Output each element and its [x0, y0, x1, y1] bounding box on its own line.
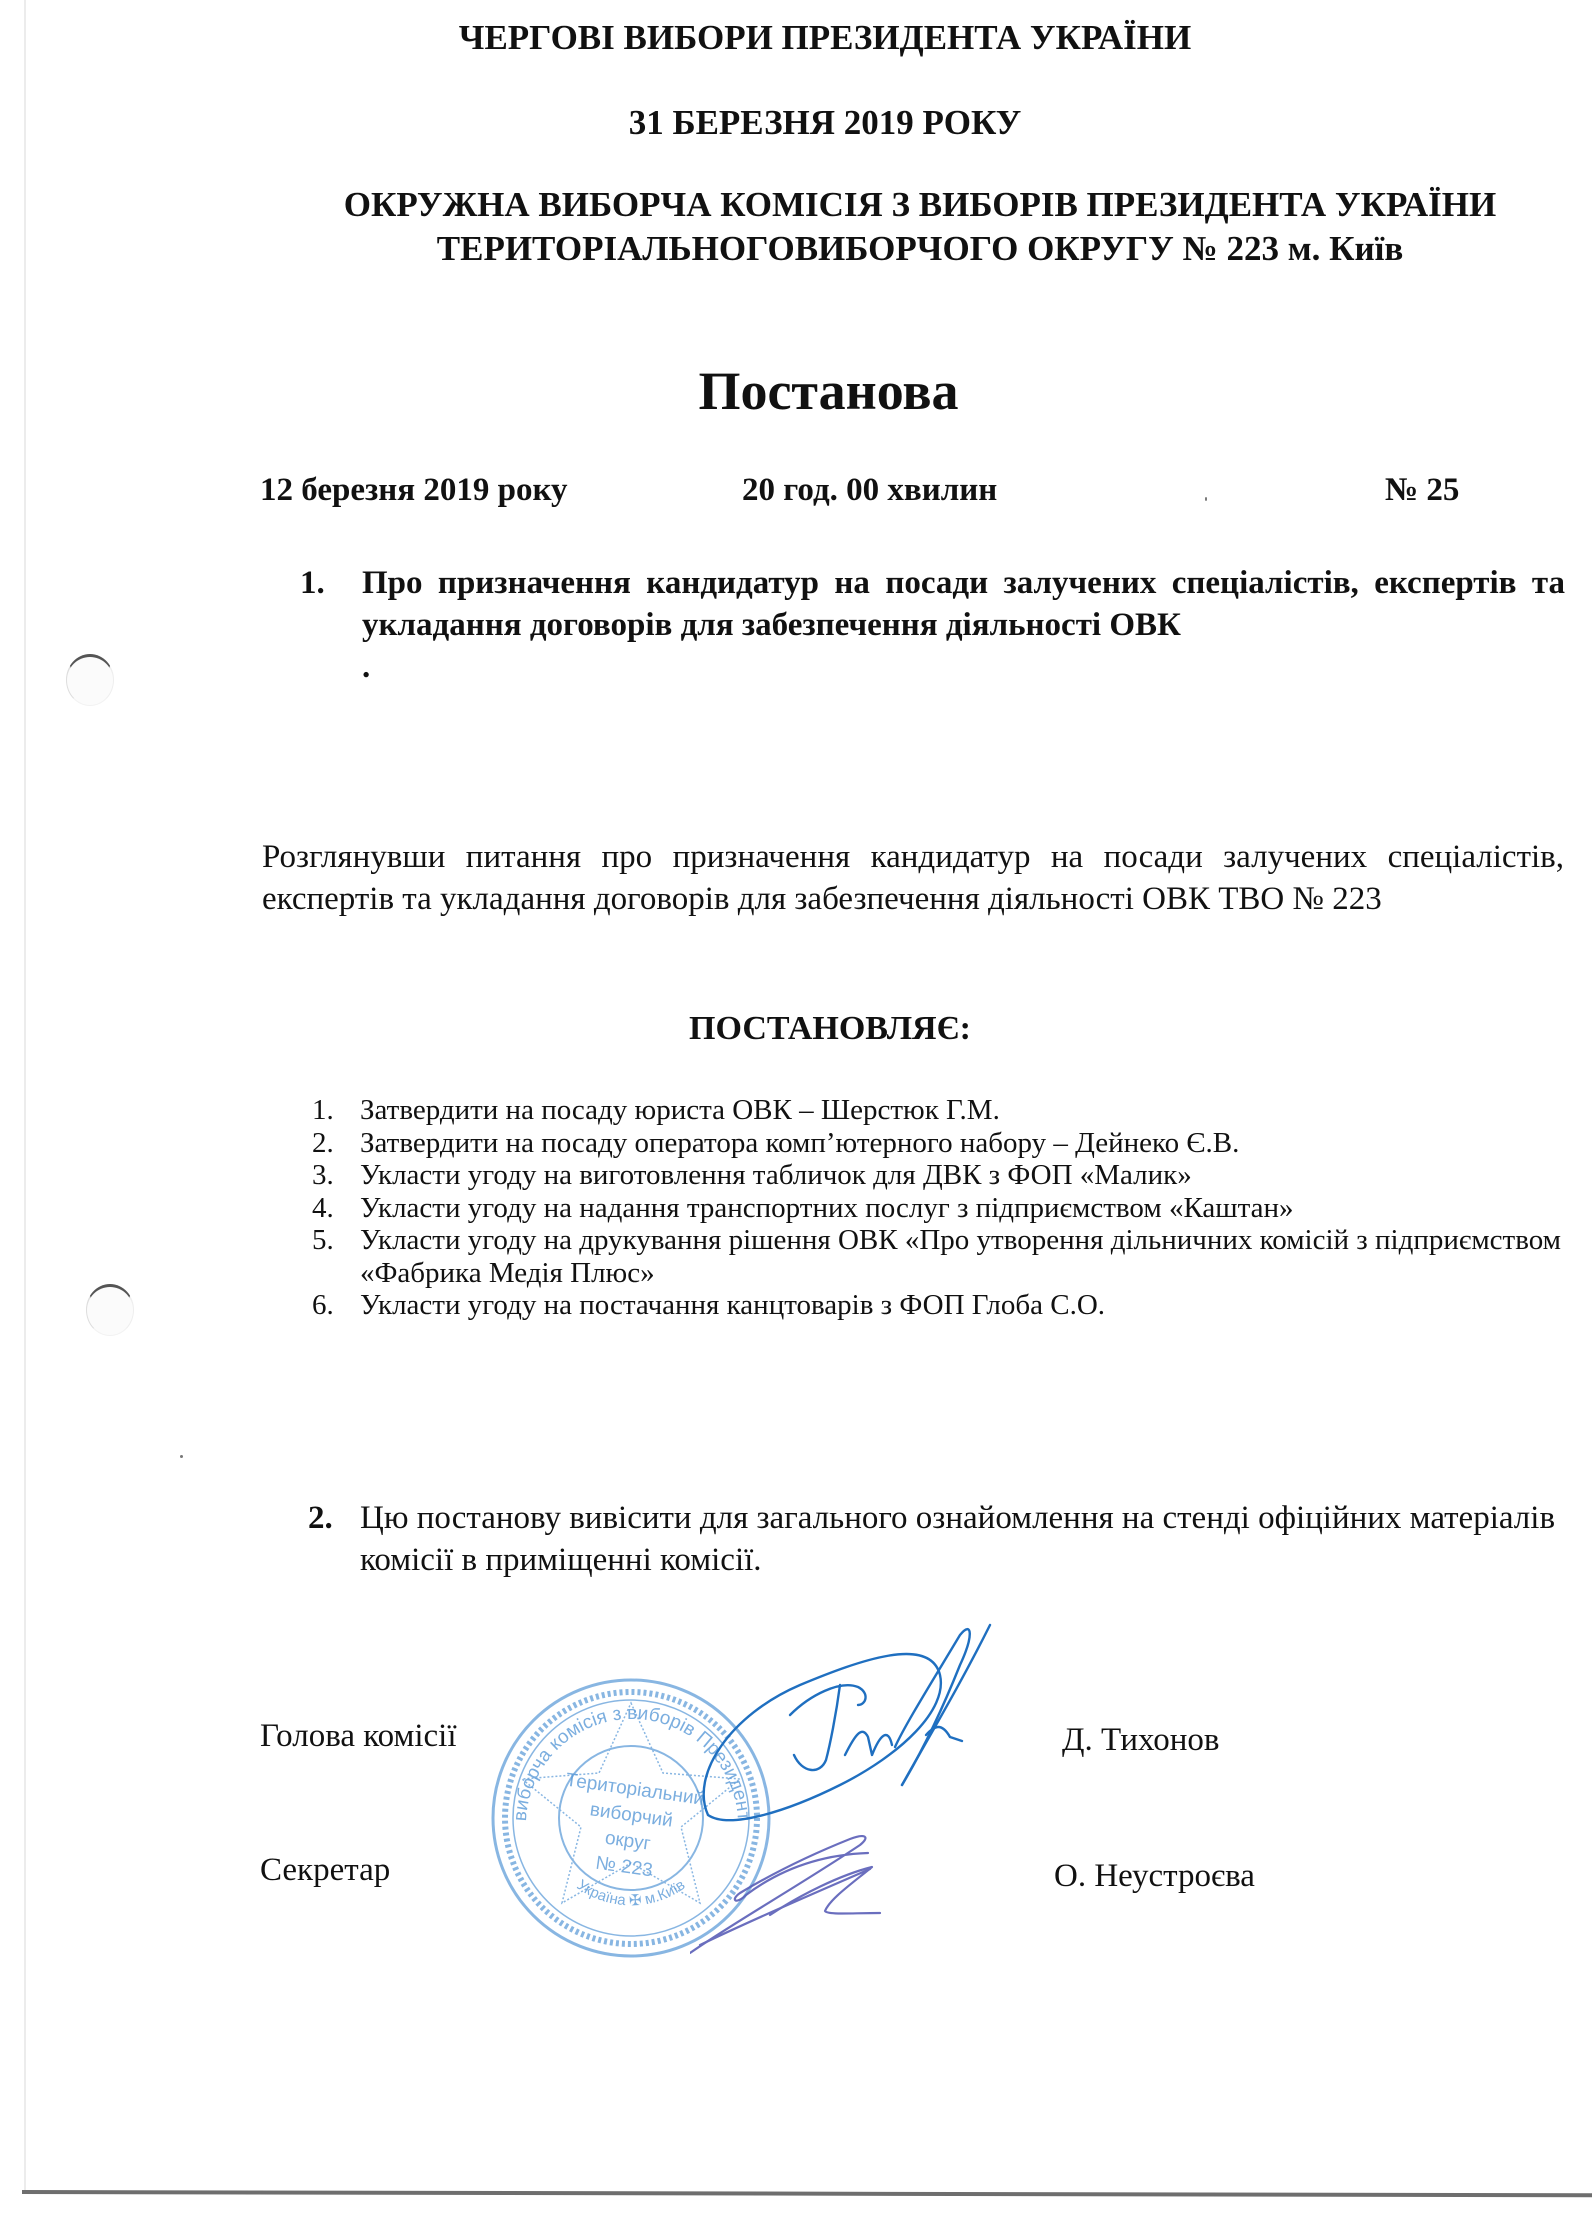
clause-number: 2.: [308, 1497, 333, 1539]
decision-item: 1. Затвердити на посаду юриста ОВК – Шер…: [312, 1094, 1562, 1127]
decision-text: Затвердити на посаду юриста ОВК – Шерстю…: [360, 1094, 1000, 1126]
decision-item: 4. Укласти угоду на надання транспортних…: [312, 1192, 1562, 1225]
secretary-signature: [690, 1825, 930, 1985]
scan-speck: [1205, 497, 1207, 501]
stamp-bottom-text: Україна ✠ м.Київ: [574, 1876, 688, 1909]
subject-text: Про призначення кандидатур на посади зал…: [362, 562, 1565, 646]
secretary-label: Секретар: [260, 1852, 390, 1889]
decision-number: 3.: [312, 1159, 334, 1192]
resolution-number: № 25: [1385, 472, 1459, 509]
decision-item: 2. Затвердити на посаду оператора комп’ю…: [312, 1127, 1562, 1160]
scan-speck: [180, 1455, 183, 1458]
decision-item: 3. Укласти угоду на виготовлення табличо…: [312, 1159, 1562, 1192]
scan-margin-line: [24, 0, 26, 2190]
decision-number: 6.: [312, 1289, 334, 1322]
decision-text: Укласти угоду на постачання канцтоварів …: [360, 1289, 1105, 1321]
decision-number: 4.: [312, 1192, 334, 1225]
clause-text: Цю постанову вивісити для загального озн…: [360, 1497, 1558, 1581]
stamp-center-line4: № 223: [594, 1853, 654, 1882]
secretary-name: О. Неустроєва: [1054, 1858, 1255, 1895]
svg-text:Україна ✠ м.Київ: Україна ✠ м.Київ: [574, 1876, 688, 1909]
hole-punch-bottom: [86, 1284, 134, 1336]
document-title: Постанова: [0, 360, 1592, 422]
chair-label: Голова комісії: [260, 1718, 457, 1755]
chair-signature: [690, 1605, 1030, 1845]
election-date: 31 БЕРЕЗНЯ 2019 РОКУ: [0, 103, 1592, 143]
decisions-list: 1. Затвердити на посаду юриста ОВК – Шер…: [312, 1094, 1562, 1322]
stamp-center-line1: Територіальний: [564, 1770, 705, 1810]
resolves-heading: ПОСТАНОВЛЯЄ:: [0, 1010, 1592, 1048]
commission-name-line2: ТЕРИТОРІАЛЬНОГОВИБОРЧОГО ОКРУГУ № 223 м.…: [260, 227, 1580, 271]
decision-number: 1.: [312, 1094, 334, 1127]
decision-text: Укласти угоду на надання транспортних по…: [360, 1192, 1294, 1224]
commission-name: ОКРУЖНА ВИБОРЧА КОМІСІЯ З ВИБОРІВ ПРЕЗИД…: [260, 183, 1580, 271]
resolution-date: 12 березня 2019 року: [260, 472, 568, 509]
subject-trailing-dot: .: [362, 646, 1565, 688]
decision-item: 6. Укласти угоду на постачання канцтовар…: [312, 1289, 1562, 1322]
preamble-paragraph: Розглянувши питання про призначення канд…: [262, 836, 1564, 920]
stamp-center-line3: округ: [604, 1828, 652, 1855]
subject-number: 1.: [300, 562, 325, 604]
resolution-subject: 1. Про призначення кандидатур на посади …: [300, 562, 1565, 688]
decision-item: 5. Укласти угоду на друкування рішення О…: [312, 1224, 1562, 1289]
decision-text: Укласти угоду на друкування рішення ОВК …: [360, 1224, 1561, 1289]
decision-text: Укласти угоду на виготовлення табличок д…: [360, 1159, 1192, 1191]
commission-name-line1: ОКРУЖНА ВИБОРЧА КОМІСІЯ З ВИБОРІВ ПРЕЗИД…: [260, 183, 1580, 227]
resolution-time: 20 год. 00 хвилин: [742, 472, 997, 509]
publication-clause: 2. Цю постанову вивісити для загального …: [308, 1497, 1558, 1581]
stamp-center-line2: виборчий: [589, 1799, 675, 1831]
decision-number: 5.: [312, 1224, 334, 1257]
page-bottom-edge: [22, 2190, 1592, 2197]
chair-name: Д. Тихонов: [1062, 1722, 1220, 1759]
election-title: ЧЕРГОВІ ВИБОРИ ПРЕЗИДЕНТА УКРАЇНИ: [0, 18, 1592, 58]
decision-text: Затвердити на посаду оператора комп’ютер…: [360, 1127, 1239, 1159]
hole-punch-top: [66, 654, 114, 706]
decision-number: 2.: [312, 1127, 334, 1160]
scanned-document-page: ЧЕРГОВІ ВИБОРИ ПРЕЗИДЕНТА УКРАЇНИ 31 БЕР…: [0, 0, 1592, 2232]
